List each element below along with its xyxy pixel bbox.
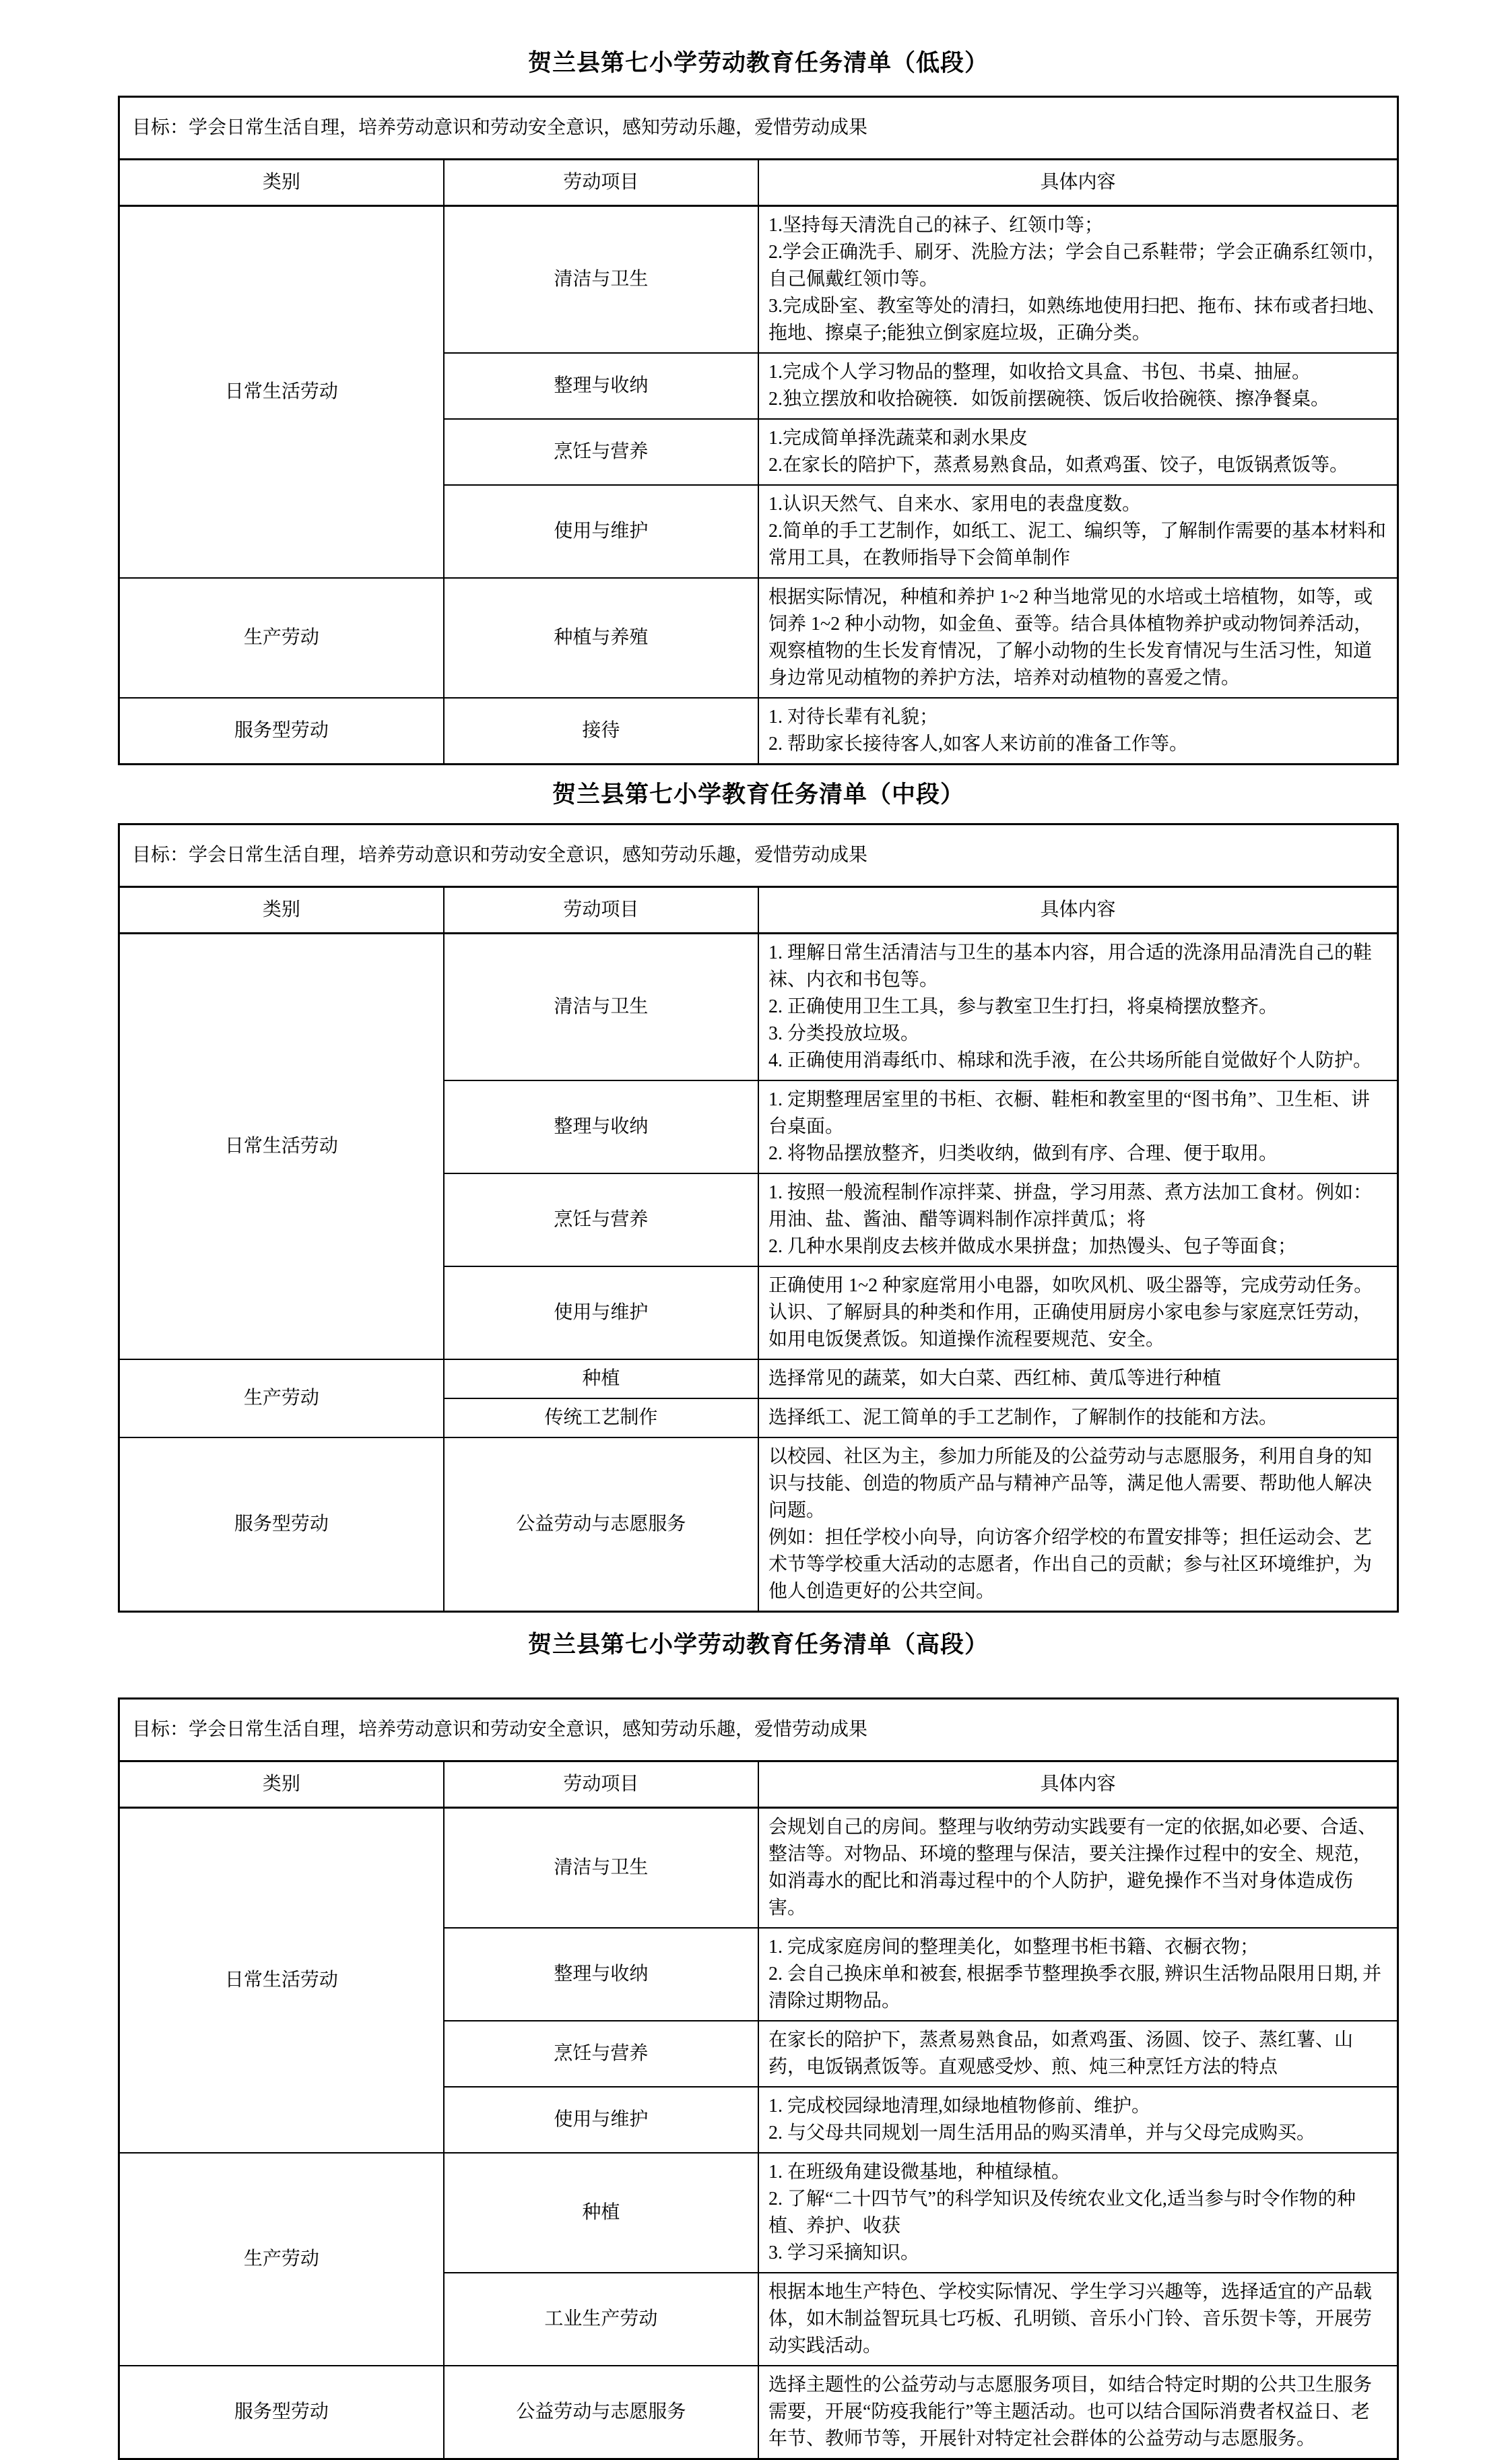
content-line: 根据实际情况，种植和养护 1~2 种当地常见的水培或土培植物，如等，或饲养 1~…: [768, 584, 1387, 692]
content-line: 2.独立摆放和收拾碗筷．如饭前摆碗筷、饭后收拾碗筷、擦净餐桌。: [768, 386, 1387, 413]
project-cell: 清洁与卫生: [444, 934, 758, 1081]
content-line: 2. 了解“二十四节气”的科学知识及传统农业文化,适当参与时令作物的种植、养护、…: [768, 2186, 1387, 2240]
content-line: 2. 几种水果削皮去核并做成水果拼盘；加热馒头、包子等面食；: [768, 1233, 1387, 1260]
category-cell: 服务型劳动: [119, 1437, 444, 1612]
project-cell: 种植: [444, 2153, 758, 2273]
content-line: 正确使用 1~2 种家庭常用小电器，如吹风机、吸尘器等，完成劳动任务。认识、了解…: [768, 1272, 1387, 1353]
category-cell: 服务型劳动: [119, 2366, 444, 2459]
goal-row: 目标：学会日常生活自理，培养劳动意识和劳动安全意识，感知劳动乐趣，爱惜劳动成果: [119, 1699, 1398, 1761]
table-row: 日常生活劳动 清洁与卫生 1.坚持每天清洗自己的袜子、红领巾等； 2.学会正确洗…: [119, 206, 1398, 354]
content-line: 1.完成简单择洗蔬菜和剥水果皮: [768, 425, 1387, 452]
content-line: 根据本地生产特色、学校实际情况、学生学习兴趣等，选择适宜的产品载体，如木制益智玩…: [768, 2279, 1387, 2360]
content-line: 在家长的陪护下，蒸煮易熟食品，如煮鸡蛋、汤圆、饺子、蒸红薯、山药，电饭锅煮饭等。…: [768, 2027, 1387, 2081]
content-line: 1.认识天然气、自来水、家用电的表盘度数。: [768, 491, 1387, 518]
table-row: 服务型劳动 公益劳动与志愿服务 以校园、社区为主，参加力所能及的公益劳动与志愿服…: [119, 1437, 1398, 1612]
goal-row: 目标：学会日常生活自理，培养劳动意识和劳动安全意识，感知劳动乐趣，爱惜劳动成果: [119, 824, 1398, 887]
content-line: 选择纸工、泥工简单的手工艺制作，了解制作的技能和方法。: [768, 1404, 1387, 1431]
table-row: 生产劳动 种植与养殖 根据实际情况，种植和养护 1~2 种当地常见的水培或土培植…: [119, 578, 1398, 698]
col-header-project: 劳动项目: [444, 887, 758, 934]
project-cell: 清洁与卫生: [444, 1808, 758, 1929]
content-line: 2.简单的手工艺制作，如纸工、泥工、编织等，了解制作需要的基本材料和常用工具，在…: [768, 518, 1387, 572]
content-cell: 会规划自己的房间。整理与收纳劳动实践要有一定的依据,如必要、合适、整洁等。对物品…: [758, 1808, 1398, 1929]
content-cell: 根据实际情况，种植和养护 1~2 种当地常见的水培或土培植物，如等，或饲养 1~…: [758, 578, 1398, 698]
task-table-mid: 目标：学会日常生活自理，培养劳动意识和劳动安全意识，感知劳动乐趣，爱惜劳动成果 …: [118, 823, 1399, 1613]
content-cell: 1. 按照一般流程制作凉拌菜、拼盘，学习用蒸、煮方法加工食材。例如：用油、盐、酱…: [758, 1173, 1398, 1266]
category-cell: 日常生活劳动: [119, 1808, 444, 2154]
project-cell: 整理与收纳: [444, 1080, 758, 1173]
project-cell: 使用与维护: [444, 2087, 758, 2153]
project-cell: 公益劳动与志愿服务: [444, 2366, 758, 2459]
content-cell: 1.坚持每天清洗自己的袜子、红领巾等； 2.学会正确洗手、刷牙、洗脸方法；学会自…: [758, 206, 1398, 354]
content-line: 2.学会正确洗手、刷牙、洗脸方法；学会自己系鞋带；学会正确系红领巾，自己佩戴红领…: [768, 239, 1387, 293]
content-line: 1. 完成校园绿地清理,如绿地植物修前、维护。: [768, 2093, 1387, 2120]
content-line: 1. 理解日常生活清洁与卫生的基本内容，用合适的洗涤用品清洗自己的鞋袜、内衣和书…: [768, 940, 1387, 994]
col-header-category: 类别: [119, 160, 444, 206]
category-cell: 生产劳动: [119, 2153, 444, 2366]
col-header-project: 劳动项目: [444, 1761, 758, 1808]
category-cell: 日常生活劳动: [119, 934, 444, 1360]
content-line: 选择主题性的公益劳动与志愿服务项目，如结合特定时期的公共卫生服务需要，开展“防疫…: [768, 2372, 1387, 2453]
content-cell: 1. 在班级角建设微基地，种植绿植。 2. 了解“二十四节气”的科学知识及传统农…: [758, 2153, 1398, 2273]
col-header-category: 类别: [119, 1761, 444, 1808]
content-cell: 1. 完成家庭房间的整理美化，如整理书柜书籍、衣橱衣物； 2. 会自己换床单和被…: [758, 1928, 1398, 2021]
content-line: 1. 对待长辈有礼貌；: [768, 704, 1387, 731]
content-line: 1.坚持每天清洗自己的袜子、红领巾等；: [768, 212, 1387, 239]
table-title-mid: 贺兰县第七小学教育任务清单（中段）: [118, 776, 1399, 810]
project-cell: 公益劳动与志愿服务: [444, 1437, 758, 1612]
col-header-detail: 具体内容: [758, 887, 1398, 934]
content-line: 1. 按照一般流程制作凉拌菜、拼盘，学习用蒸、煮方法加工食材。例如：用油、盐、酱…: [768, 1179, 1387, 1233]
category-cell: 生产劳动: [119, 1359, 444, 1437]
content-cell: 在家长的陪护下，蒸煮易熟食品，如煮鸡蛋、汤圆、饺子、蒸红薯、山药，电饭锅煮饭等。…: [758, 2021, 1398, 2087]
content-line: 4. 正确使用消毒纸巾、棉球和洗手液，在公共场所能自觉做好个人防护。: [768, 1047, 1387, 1074]
header-row: 类别 劳动项目 具体内容: [119, 1761, 1398, 1808]
col-header-detail: 具体内容: [758, 160, 1398, 206]
project-cell: 烹饪与营养: [444, 419, 758, 485]
col-header-project: 劳动项目: [444, 160, 758, 206]
content-cell: 1. 对待长辈有礼貌； 2. 帮助家长接待客人,如客人来访前的准备工作等。: [758, 698, 1398, 765]
project-cell: 烹饪与营养: [444, 2021, 758, 2087]
project-cell: 接待: [444, 698, 758, 765]
project-cell: 传统工艺制作: [444, 1398, 758, 1437]
content-line: 1. 在班级角建设微基地，种植绿植。: [768, 2159, 1387, 2186]
table-row: 服务型劳动 接待 1. 对待长辈有礼貌； 2. 帮助家长接待客人,如客人来访前的…: [119, 698, 1398, 765]
table-row: 服务型劳动 公益劳动与志愿服务 选择主题性的公益劳动与志愿服务项目，如结合特定时…: [119, 2366, 1398, 2459]
content-line: 2. 将物品摆放整齐，归类收纳，做到有序、合理、便于取用。: [768, 1140, 1387, 1167]
content-cell: 1. 定期整理居室里的书柜、衣橱、鞋柜和教室里的“图书角”、卫生柜、讲台桌面。 …: [758, 1080, 1398, 1173]
project-cell: 使用与维护: [444, 1266, 758, 1359]
project-cell: 使用与维护: [444, 485, 758, 578]
content-line: 2. 帮助家长接待客人,如客人来访前的准备工作等。: [768, 731, 1387, 758]
goal-text: 目标：学会日常生活自理，培养劳动意识和劳动安全意识，感知劳动乐趣，爱惜劳动成果: [119, 824, 1398, 887]
project-cell: 整理与收纳: [444, 1928, 758, 2021]
content-line: 1. 定期整理居室里的书柜、衣橱、鞋柜和教室里的“图书角”、卫生柜、讲台桌面。: [768, 1087, 1387, 1140]
document-page: 贺兰县第七小学劳动教育任务清单（低段） 目标：学会日常生活自理，培养劳动意识和劳…: [0, 0, 1512, 2460]
goal-row: 目标：学会日常生活自理，培养劳动意识和劳动安全意识，感知劳动乐趣，爱惜劳动成果: [119, 97, 1398, 160]
content-line: 2.在家长的陪护下，蒸煮易熟食品，如煮鸡蛋、饺子，电饭锅煮饭等。: [768, 452, 1387, 479]
task-table-high: 目标：学会日常生活自理，培养劳动意识和劳动安全意识，感知劳动乐趣，爱惜劳动成果 …: [118, 1697, 1399, 2460]
table-row: 日常生活劳动 清洁与卫生 1. 理解日常生活清洁与卫生的基本内容，用合适的洗涤用…: [119, 934, 1398, 1081]
content-cell: 选择纸工、泥工简单的手工艺制作，了解制作的技能和方法。: [758, 1398, 1398, 1437]
category-cell: 日常生活劳动: [119, 206, 444, 579]
table-row: 日常生活劳动 清洁与卫生 会规划自己的房间。整理与收纳劳动实践要有一定的依据,如…: [119, 1808, 1398, 1929]
col-header-detail: 具体内容: [758, 1761, 1398, 1808]
table-row: 生产劳动 种植 1. 在班级角建设微基地，种植绿植。 2. 了解“二十四节气”的…: [119, 2153, 1398, 2273]
content-line: 以校园、社区为主，参加力所能及的公益劳动与志愿服务，利用自身的知识与技能、创造的…: [768, 1444, 1387, 1524]
project-cell: 整理与收纳: [444, 353, 758, 419]
goal-text: 目标：学会日常生活自理，培养劳动意识和劳动安全意识，感知劳动乐趣，爱惜劳动成果: [119, 1699, 1398, 1761]
content-line: 2. 正确使用卫生工具，参与教室卫生打扫，将桌椅摆放整齐。: [768, 994, 1387, 1021]
content-cell: 以校园、社区为主，参加力所能及的公益劳动与志愿服务，利用自身的知识与技能、创造的…: [758, 1437, 1398, 1612]
header-row: 类别 劳动项目 具体内容: [119, 887, 1398, 934]
table-row: 生产劳动 种植 选择常见的蔬菜，如大白菜、西红柿、黄瓜等进行种植: [119, 1359, 1398, 1398]
content-cell: 1. 完成校园绿地清理,如绿地植物修前、维护。 2. 与父母共同规划一周生活用品…: [758, 2087, 1398, 2153]
table-title-low: 贺兰县第七小学劳动教育任务清单（低段）: [118, 44, 1399, 78]
content-cell: 1.完成个人学习物品的整理，如收拾文具盒、书包、书桌、抽屉。 2.独立摆放和收拾…: [758, 353, 1398, 419]
task-table-low: 目标：学会日常生活自理，培养劳动意识和劳动安全意识，感知劳动乐趣，爱惜劳动成果 …: [118, 96, 1399, 765]
table-title-high: 贺兰县第七小学劳动教育任务清单（高段）: [118, 1626, 1399, 1660]
project-cell: 清洁与卫生: [444, 206, 758, 354]
content-cell: 根据本地生产特色、学校实际情况、学生学习兴趣等，选择适宜的产品载体，如木制益智玩…: [758, 2273, 1398, 2366]
content-line: 3.完成卧室、教室等处的清扫，如熟练地使用扫把、拖布、抹布或者扫地、拖地、擦桌子…: [768, 293, 1387, 347]
content-line: 1.完成个人学习物品的整理，如收拾文具盒、书包、书桌、抽屉。: [768, 359, 1387, 386]
content-cell: 1. 理解日常生活清洁与卫生的基本内容，用合适的洗涤用品清洗自己的鞋袜、内衣和书…: [758, 934, 1398, 1081]
category-cell: 服务型劳动: [119, 698, 444, 765]
content-cell: 正确使用 1~2 种家庭常用小电器，如吹风机、吸尘器等，完成劳动任务。认识、了解…: [758, 1266, 1398, 1359]
goal-text: 目标：学会日常生活自理，培养劳动意识和劳动安全意识，感知劳动乐趣，爱惜劳动成果: [119, 97, 1398, 160]
content-line: 3. 学习采摘知识。: [768, 2240, 1387, 2267]
project-cell: 种植与养殖: [444, 578, 758, 698]
col-header-category: 类别: [119, 887, 444, 934]
content-line: 会规划自己的房间。整理与收纳劳动实践要有一定的依据,如必要、合适、整洁等。对物品…: [768, 1814, 1387, 1922]
category-cell: 生产劳动: [119, 578, 444, 698]
content-line: 例如：担任学校小向导，向访客介绍学校的布置安排等；担任运动会、艺术节等学校重大活…: [768, 1524, 1387, 1605]
header-row: 类别 劳动项目 具体内容: [119, 160, 1398, 206]
content-cell: 1.认识天然气、自来水、家用电的表盘度数。 2.简单的手工艺制作，如纸工、泥工、…: [758, 485, 1398, 578]
content-line: 1. 完成家庭房间的整理美化，如整理书柜书籍、衣橱衣物；: [768, 1934, 1387, 1961]
content-line: 3. 分类投放垃圾。: [768, 1021, 1387, 1047]
project-cell: 烹饪与营养: [444, 1173, 758, 1266]
content-cell: 1.完成简单择洗蔬菜和剥水果皮 2.在家长的陪护下，蒸煮易熟食品，如煮鸡蛋、饺子…: [758, 419, 1398, 485]
project-cell: 种植: [444, 1359, 758, 1398]
content-cell: 选择主题性的公益劳动与志愿服务项目，如结合特定时期的公共卫生服务需要，开展“防疫…: [758, 2366, 1398, 2459]
project-cell: 工业生产劳动: [444, 2273, 758, 2366]
content-line: 2. 与父母共同规划一周生活用品的购买清单，并与父母完成购买。: [768, 2120, 1387, 2147]
content-cell: 选择常见的蔬菜，如大白菜、西红柿、黄瓜等进行种植: [758, 1359, 1398, 1398]
content-line: 选择常见的蔬菜，如大白菜、西红柿、黄瓜等进行种植: [768, 1365, 1387, 1392]
content-line: 2. 会自己换床单和被套, 根据季节整理换季衣服, 辨识生活物品限用日期, 并清…: [768, 1961, 1387, 2015]
